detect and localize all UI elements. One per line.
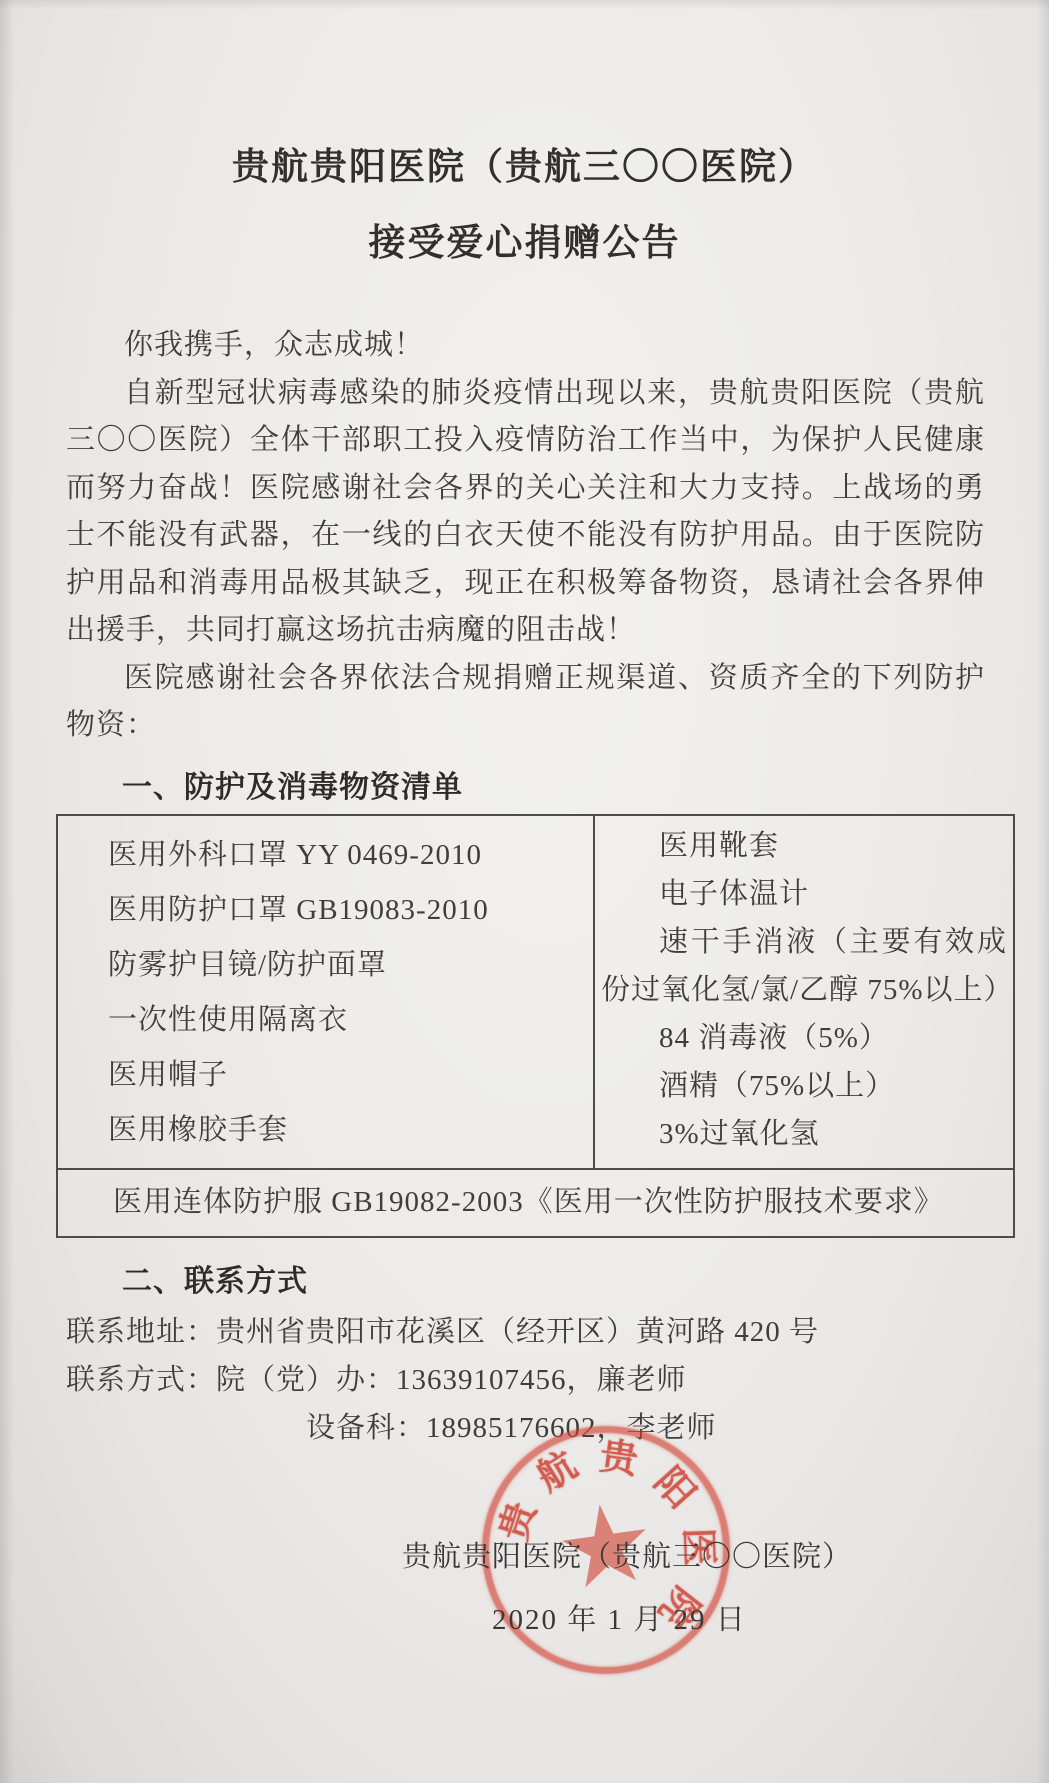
supply-item: 电子体温计 xyxy=(601,870,1007,918)
donation-announcement: 贵航贵阳医院（贵航三〇〇医院） 接受爱心捐赠公告 你我携手，众志成城！ 自新型冠… xyxy=(0,0,1049,1452)
seal-ring-char: 贵 xyxy=(596,1436,641,1481)
supply-table: 医用外科口罩 YY 0469-2010 医用防护口罩 GB19083-2010 … xyxy=(56,814,1015,1238)
supply-item: 医用橡胶手套 xyxy=(108,1103,587,1158)
supply-item: 医用外科口罩 YY 0469-2010 xyxy=(108,828,587,883)
supply-item: 医用防护口罩 GB19083-2010 xyxy=(108,883,587,938)
contact-phone-1: 联系方式：院（党）办：13639107456，廉老师 xyxy=(66,1356,985,1404)
paragraph: 自新型冠状病毒感染的肺炎疫情出现以来，贵航贵阳医院（贵航三〇〇医院）全体干部职工… xyxy=(66,370,985,655)
section2-heading: 二、联系方式 xyxy=(122,1256,985,1300)
signature-org: 贵航贵阳医院（贵航三〇〇医院） xyxy=(0,1534,1049,1575)
document-title-line1: 贵航贵阳医院（贵航三〇〇医院） xyxy=(0,136,1049,190)
paragraph: 医院感谢社会各界依法合规捐赠正规渠道、资质齐全的下列防护物资： xyxy=(66,655,985,750)
section1-heading: 一、防护及消毒物资清单 xyxy=(122,762,985,806)
supply-item: 84 消毒液（5%） xyxy=(601,1014,1007,1062)
paragraph: 你我携手，众志成城！ xyxy=(66,322,985,370)
supply-table-main-row: 医用外科口罩 YY 0469-2010 医用防护口罩 GB19083-2010 … xyxy=(57,815,1014,1169)
document-title-line2: 接受爱心捐赠公告 xyxy=(0,212,1049,266)
supply-table-left-cell: 医用外科口罩 YY 0469-2010 医用防护口罩 GB19083-2010 … xyxy=(57,815,594,1169)
supply-table-footer-row: 医用连体防护服 GB19082-2003《医用一次性防护服技术要求》 xyxy=(57,1169,1014,1237)
document-photo: 贵航贵阳医院（贵航三〇〇医院） 接受爱心捐赠公告 你我携手，众志成城！ 自新型冠… xyxy=(0,0,1049,1783)
supply-table-right-cell: 医用靴套 电子体温计 速干手消液（主要有效成份过氧化氢/氯/乙醇 75%以上） … xyxy=(594,815,1014,1169)
supply-item: 3%过氧化氢 xyxy=(601,1110,1007,1158)
supply-item: 酒精（75%以上） xyxy=(601,1062,1007,1110)
supply-item: 医用帽子 xyxy=(108,1048,587,1103)
supply-item: 速干手消液（主要有效成份过氧化氢/氯/乙醇 75%以上） xyxy=(601,918,1007,1014)
supply-item: 一次性使用隔离衣 xyxy=(108,993,587,1048)
supply-item: 医用靴套 xyxy=(601,822,1007,870)
contact-address: 联系地址：贵州省贵阳市花溪区（经开区）黄河路 420 号 xyxy=(66,1308,985,1356)
body-paragraphs: 你我携手，众志成城！ 自新型冠状病毒感染的肺炎疫情出现以来，贵航贵阳医院（贵航三… xyxy=(66,322,985,750)
signature-block: 贵航贵阳医院（贵航三〇〇医院） 2020 年 1 月 29 日 xyxy=(0,1534,1049,1638)
supply-table-footer-cell: 医用连体防护服 GB19082-2003《医用一次性防护服技术要求》 xyxy=(57,1169,1014,1237)
signature-date: 2020 年 1 月 29 日 xyxy=(0,1597,1049,1638)
supply-item: 防雾护目镜/防护面罩 xyxy=(108,938,587,993)
